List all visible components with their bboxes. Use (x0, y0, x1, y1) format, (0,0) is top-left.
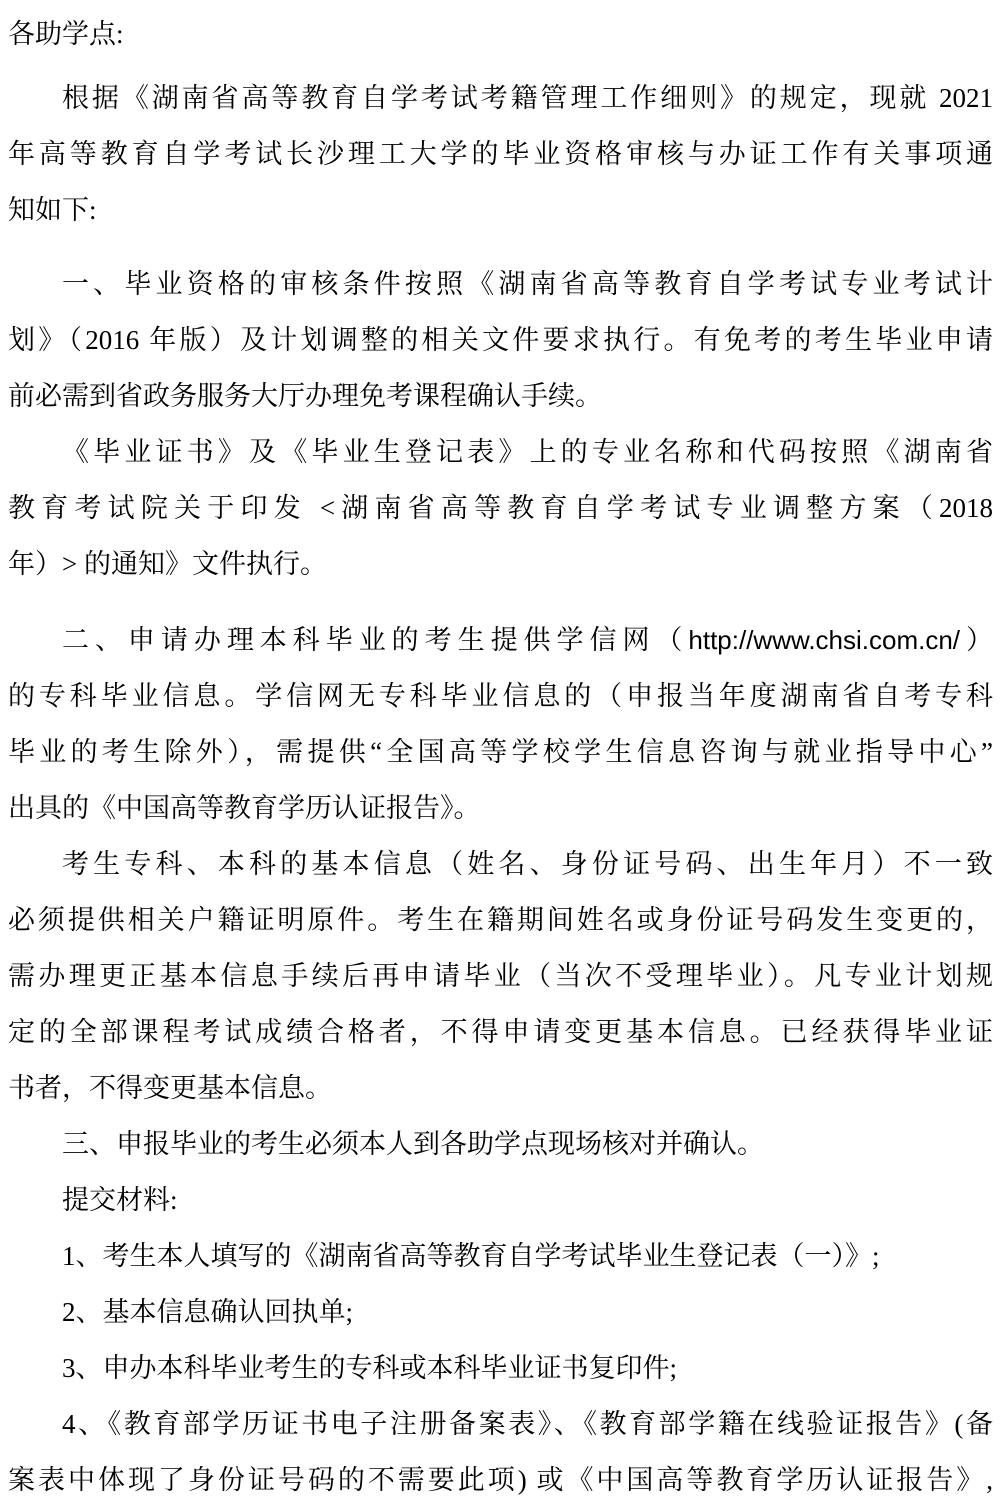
section-2-line: 的专科毕业信息。学信网无专科毕业信息的（申报当年度湖南省自考专科 (8, 668, 993, 724)
intro-line: 根据《湖南省高等教育自学考试考籍管理工作细则》的规定，现就 2021 (8, 70, 993, 126)
material-item-4-continued: 案表中体现了身份证号码的不需要此项) 或《中国高等教育学历认证报告》, (8, 1452, 993, 1500)
section-2-line: 毕业的考生除外），需提供“全国高等学校学生信息咨询与就业指导中心” (8, 724, 993, 780)
section-2-line: 考生专科、本科的基本信息（姓名、身份证号码、出生年月）不一致 (8, 836, 993, 892)
material-item-2: 2、基本信息确认回执单; (8, 1284, 993, 1340)
section-2-text: 二、申请办理本科毕业的考生提供学信网（ (62, 625, 688, 655)
material-item-4: 4、《教育部学历证书电子注册备案表》、《教育部学籍在线验证报告》(备 (8, 1396, 993, 1452)
intro-line: 知如下: (8, 182, 993, 238)
section-1-line: 年）> 的通知》文件执行。 (8, 536, 993, 592)
section-2-line: 二、申请办理本科毕业的考生提供学信网（http://www.chsi.com.c… (8, 612, 993, 668)
intro-line: 年高等教育自学考试长沙理工大学的毕业资格审核与办证工作有关事项通 (8, 126, 993, 182)
section-2-line: 必须提供相关户籍证明原件。考生在籍期间姓名或身份证号码发生变更的， (8, 892, 993, 948)
section-2-line: 定的全部课程考试成绩合格者，不得申请变更基本信息。已经获得毕业证 (8, 1004, 993, 1060)
section-1-line: 前必需到省政务服务大厅办理免考课程确认手续。 (8, 368, 993, 424)
chsi-url-text: http://www.chsi.com.cn/ (688, 625, 960, 655)
salutation-line: 各助学点: (8, 6, 993, 62)
notice-document: 各助学点: 根据《湖南省高等教育自学考试考籍管理工作细则》的规定，现就 2021… (0, 0, 1000, 1500)
section-2-line: 书者，不得变更基本信息。 (8, 1060, 993, 1116)
section-1-line: 教育考试院关于印发 <湖南省高等教育自学考试专业调整方案（2018 (8, 480, 993, 536)
material-item-3: 3、申办本科毕业考生的专科或本科毕业证书复印件; (8, 1340, 993, 1396)
material-item-1: 1、考生本人填写的《湖南省高等教育自学考试毕业生登记表（一）》; (8, 1228, 993, 1284)
section-2-text: ） (960, 625, 993, 655)
section-2-line: 出具的《中国高等教育学历认证报告》。 (8, 780, 993, 836)
section-2-line: 需办理更正基本信息手续后再申请毕业（当次不受理毕业）。凡专业计划规 (8, 948, 993, 1004)
materials-heading: 提交材料: (8, 1172, 993, 1228)
section-1-line: 划》（2016 年版）及计划调整的相关文件要求执行。有免考的考生毕业申请 (8, 312, 993, 368)
section-3-line: 三、申报毕业的考生必须本人到各助学点现场核对并确认。 (8, 1116, 993, 1172)
section-1-line: 《毕业证书》及《毕业生登记表》上的专业名称和代码按照《湖南省 (8, 424, 993, 480)
section-1-line: 一、毕业资格的审核条件按照《湖南省高等教育自学考试专业考试计 (8, 256, 993, 312)
